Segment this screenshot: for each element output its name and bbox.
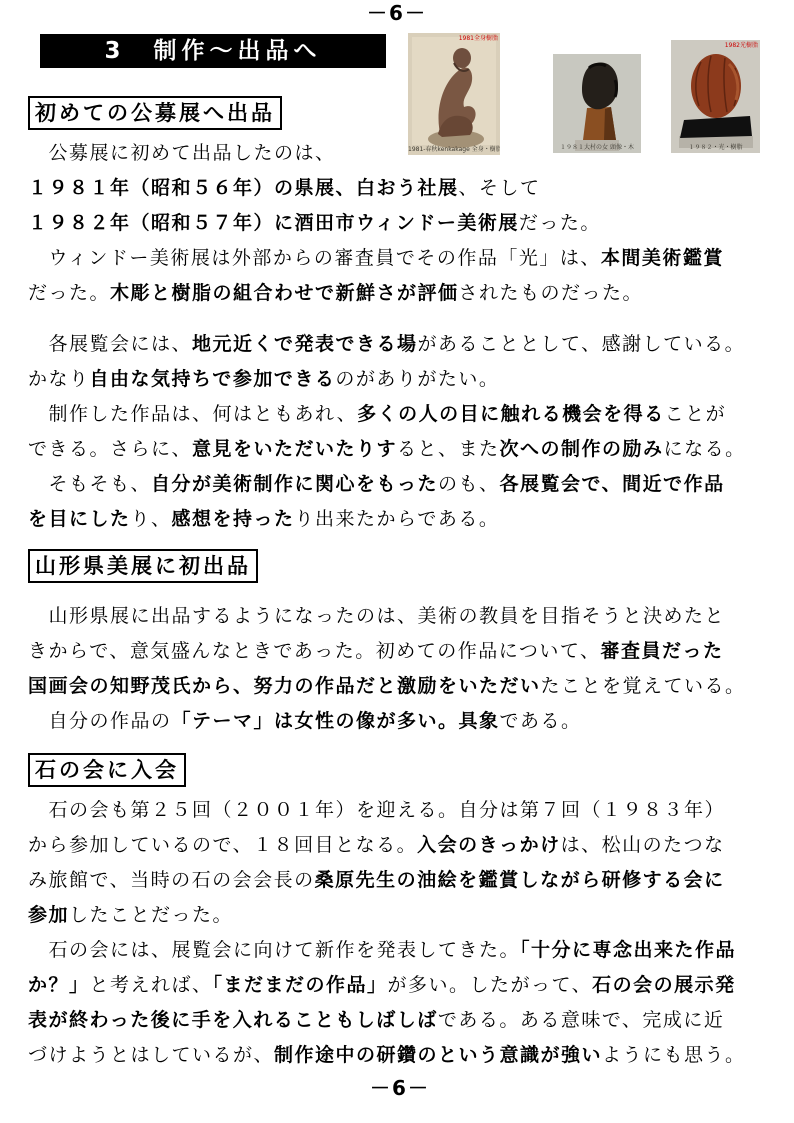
text-run: ウィンドー美術展は外部からの審査員でその作品「光」は、 [28,248,601,269]
bold-text-run: 「まだまだの作品」 [213,974,388,996]
text-line: 公募展に初めて出品したのは、 [28,136,772,171]
text-run: だった。 [519,213,601,234]
text-line: 山形県展に出品するようになったのは、美術の教員を目指そうと決めたと [28,599,772,634]
text-run: づけようとはしているが、 [28,1045,274,1066]
bold-text-run: 表が終わった後に手を入れることもしばしば [28,1009,438,1031]
bold-text-run: 各展覧会で、間近で作品 [500,473,725,495]
text-run: できる。さらに、 [28,439,192,460]
bold-text-run: 制作途中の研鑽のという意識が強い [274,1044,602,1066]
text-line: だった。木彫と樹脂の組合わせで新鮮さが評価されたものだった。 [28,276,772,311]
section-heading: 石の会に入会 [28,753,186,787]
text-run: と考えれば、 [90,975,213,996]
text-line: 表が終わった後に手を入れることもしばしばである。ある意味で、完成に近 [28,1003,772,1038]
paragraph: 石の会には、展覧会に向けて新作を発表してきた。「十分に専念出来た作品か？」と考え… [28,933,772,1073]
text-run: かなり [28,369,90,390]
text-line: から参加しているので、１８回目となる。入会のきっかけは、松山のたつな [28,828,772,863]
text-run: ると、また [397,439,500,460]
text-run: り出来たからである。 [295,509,500,530]
bold-text-run: 参加 [28,904,69,926]
bold-text-run: 国画会の知野茂氏から、努力の作品だと激励をいただい [28,675,541,697]
text-line: 自分の作品の「テーマ」は女性の像が多い。具象である。 [28,704,772,739]
chapter-banner: 3 制作～出品へ [40,34,386,68]
section: 山形県美展に初出品 山形県展に出品するようになったのは、美術の教員を目指そうと決… [28,549,772,739]
text-run: そもそも、 [28,474,151,495]
text-run: ことが [665,404,727,425]
text-line: ウィンドー美術展は外部からの審査員でその作品「光」は、本間美術鑑賞 [28,241,772,276]
photo-corner-label: 1981全身樹脂 [459,35,498,42]
text-line: 国画会の知野茂氏から、努力の作品だと激励をいただいたことを覚えている。 [28,669,772,704]
paragraph: 石の会も第２５回（２００１年）を迎える。自分は第７回（１９８３年）から参加してい… [28,793,772,933]
paragraph: 制作した作品は、何はともあれ、多くの人の目に触れる機会を得ることができる。さらに… [28,397,772,537]
bold-text-run: 地元近くで発表できる場 [192,333,418,355]
section-heading: 山形県美展に初出品 [28,549,258,583]
bold-text-run: １９８２年（昭和５７年）に酒田市ウィンドー美術展 [28,212,519,234]
text-run: されたものだった。 [459,283,644,304]
bold-text-run: 感想を持った [172,508,295,530]
text-run: のも、 [438,474,500,495]
bold-text-run: 審査員だった [600,640,723,662]
content: 初めての公募展へ出品 公募展に初めて出品したのは、１９８１年（昭和５６年）の県展… [28,96,772,1101]
text-line: か？」と考えれば、「まだまだの作品」が多い。したがって、石の会の展示発 [28,968,772,1003]
text-run: だった。 [28,283,110,304]
text-run: み旅館で、当時の石の会会長の [28,870,315,891]
text-run: になる。 [664,439,746,460]
bold-text-run: 自分が美術制作に関心をもった [151,473,438,495]
text-run: があることとして、感謝している。 [418,334,746,355]
text-run: したことだった。 [69,905,233,926]
text-line: かなり自由な気持ちで参加できるのがありがたい。 [28,362,772,397]
bold-text-run: 「テーマ」は女性の像が多い。具象 [172,710,500,732]
bold-text-run: 意見をいただいたりす [192,438,397,460]
text-line: づけようとはしているが、制作途中の研鑽のという意識が強いようにも思う。 [28,1038,772,1073]
text-run: から参加しているので、１８回目となる。 [28,835,417,856]
bold-text-run: を目にした [28,508,131,530]
text-run: 、そして [459,178,541,199]
text-line: み旅館で、当時の石の会会長の桑原先生の油絵を鑑賞しながら研修する会に [28,863,772,898]
paragraph: 公募展に初めて出品したのは、１９８１年（昭和５６年）の県展、白おう社展、そして１… [28,136,772,311]
text-line: を目にしたり、感想を持ったり出来たからである。 [28,502,772,537]
text-run: である。ある意味で、完成に近 [438,1010,725,1031]
text-run: である。 [500,711,582,732]
text-run: 各展覧会には、 [28,334,192,355]
photo-corner-label: 1982光樹脂 [725,42,758,49]
text-run: ようにも思う。 [602,1045,746,1066]
text-line: できる。さらに、意見をいただいたりすると、また次への制作の励みになる。 [28,432,772,467]
text-line: 各展覧会には、地元近くで発表できる場があることとして、感謝している。 [28,327,772,362]
bold-text-run: １９８１年（昭和５６年）の県展、白おう社展 [28,177,459,199]
paragraph: 自分の作品の「テーマ」は女性の像が多い。具象である。 [28,704,772,739]
bold-text-run: 桑原先生の油絵を鑑賞しながら研修する会に [315,869,725,891]
text-run: たことを覚えている。 [541,676,746,697]
text-run: は、松山のたつな [561,835,725,856]
document-page: { "page": { "number_top": "－6－", "number… [0,0,794,1123]
text-run: り、 [131,509,172,530]
text-line: 制作した作品は、何はともあれ、多くの人の目に触れる機会を得ることが [28,397,772,432]
bold-text-run: 木彫と樹脂の組合わせで新鮮さが評価 [110,282,459,304]
bold-text-run: 本間美術鑑賞 [601,247,724,269]
text-line: １９８２年（昭和５７年）に酒田市ウィンドー美術展だった。 [28,206,772,241]
text-line: きからで、意気盛んなときであった。初めての作品について、審査員だった [28,634,772,669]
bold-text-run: 自由な気持ちで参加できる [90,368,336,390]
page-number-bottom: －6－ [28,1075,772,1101]
text-line: 参加したことだった。 [28,898,772,933]
text-run: 制作した作品は、何はともあれ、 [28,404,357,425]
text-run: が多い。したがって、 [388,975,593,996]
text-run: のがありがたい。 [335,369,499,390]
bold-text-run: か？」 [28,974,90,996]
text-line: 石の会も第２５回（２００１年）を迎える。自分は第７回（１９８３年） [28,793,772,828]
text-line: １９８１年（昭和５６年）の県展、白おう社展、そして [28,171,772,206]
bold-text-run: 石の会の展示発 [592,974,736,996]
text-run: 公募展に初めて出品したのは、 [28,143,336,164]
bold-text-run: 入会のきっかけ [417,834,561,856]
text-line: 石の会には、展覧会に向けて新作を発表してきた。「十分に専念出来た作品 [28,933,772,968]
bold-text-run: 次への制作の励み [500,438,664,460]
bold-text-run: 多くの人の目に触れる機会を得る [357,403,665,425]
text-run: きからで、意気盛んなときであった。初めての作品について、 [28,641,600,662]
text-run: 山形県展に出品するようになったのは、美術の教員を目指そうと決めたと [28,606,725,627]
text-line: そもそも、自分が美術制作に関心をもったのも、各展覧会で、間近で作品 [28,467,772,502]
text-run: 石の会も第２５回（２００１年）を迎える。自分は第７回（１９８３年） [28,800,725,821]
bold-text-run: 「十分に専念出来た作品 [520,939,736,961]
paragraph: 各展覧会には、地元近くで発表できる場があることとして、感謝している。かなり自由な… [28,327,772,397]
section-heading: 初めての公募展へ出品 [28,96,282,130]
text-run: 石の会には、展覧会に向けて新作を発表してきた。 [28,940,520,961]
page-number-top: －6－ [0,0,794,26]
section: 石の会に入会 石の会も第２５回（２００１年）を迎える。自分は第７回（１９８３年）… [28,753,772,1073]
text-run: 自分の作品の [28,711,172,732]
paragraph: 山形県展に出品するようになったのは、美術の教員を目指そうと決めたときからで、意気… [28,599,772,704]
section: 初めての公募展へ出品 公募展に初めて出品したのは、１９８１年（昭和５６年）の県展… [28,96,772,537]
